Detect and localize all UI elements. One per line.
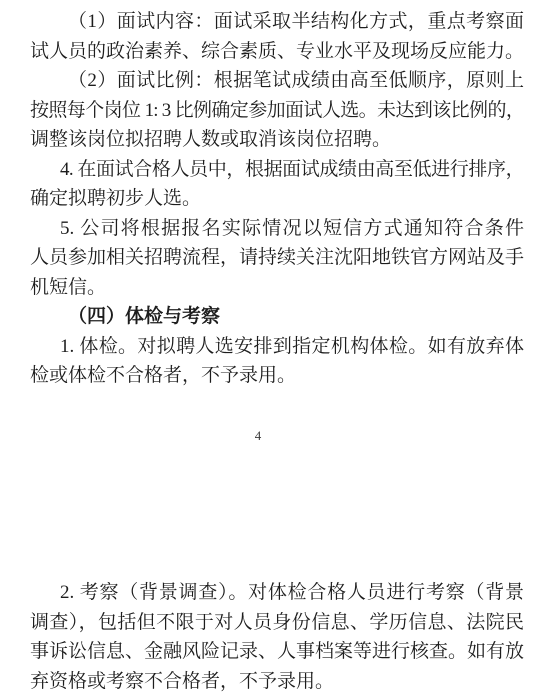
text-line: 人员参加相关招聘流程，请持续关注沈阳地铁官方网站及手 (30, 243, 524, 273)
page4-text-block: （1）面试内容：面试采取半结构化方式，重点考察面试人员的政治素养、综合素质、专业… (30, 7, 524, 391)
text-line: 试人员的政治素养、综合素质、专业水平及现场反应能力。 (30, 37, 524, 67)
text-line: 弃资格或考察不合格者，不予录用。 (30, 667, 524, 697)
document-page: （1）面试内容：面试采取半结构化方式，重点考察面试人员的政治素养、综合素质、专业… (0, 0, 553, 697)
page5-text-block: 2. 考察（背景调查）。对体检合格人员进行考察（背景调查），包括但不限于对人员身… (30, 578, 524, 696)
page-number: 4 (0, 427, 516, 445)
text-line: 按照每个岗位 1: 3 比例确定参加面试人选。未达到该比例的， (30, 96, 524, 126)
text-line: 2. 考察（背景调查）。对体检合格人员进行考察（背景 (30, 578, 524, 608)
text-line: （2）面试比例：根据笔试成绩由高至低顺序，原则上 (30, 66, 524, 96)
text-line: 检或体检不合格者，不予录用。 (30, 361, 524, 391)
text-line: 调整该岗位拟招聘人数或取消该岗位招聘。 (30, 125, 524, 155)
text-line: 5. 公司将根据报名实际情况以短信方式通知符合条件 (30, 214, 524, 244)
text-line: （1）面试内容：面试采取半结构化方式，重点考察面 (30, 7, 524, 37)
text-line: 4. 在面试合格人员中，根据面试成绩由高至低进行排序， (30, 155, 524, 185)
text-line: 机短信。 (30, 273, 524, 303)
text-line: 事诉讼信息、金融风险记录、人事档案等进行核查。如有放 (30, 637, 524, 667)
text-line: 调查），包括但不限于对人员身份信息、学历信息、法院民 (30, 608, 524, 638)
text-line: （四）体检与考察 (30, 302, 524, 332)
text-line: 1. 体检。对拟聘人选安排到指定机构体检。如有放弃体 (30, 332, 524, 362)
text-line: 确定拟聘初步人选。 (30, 184, 524, 214)
